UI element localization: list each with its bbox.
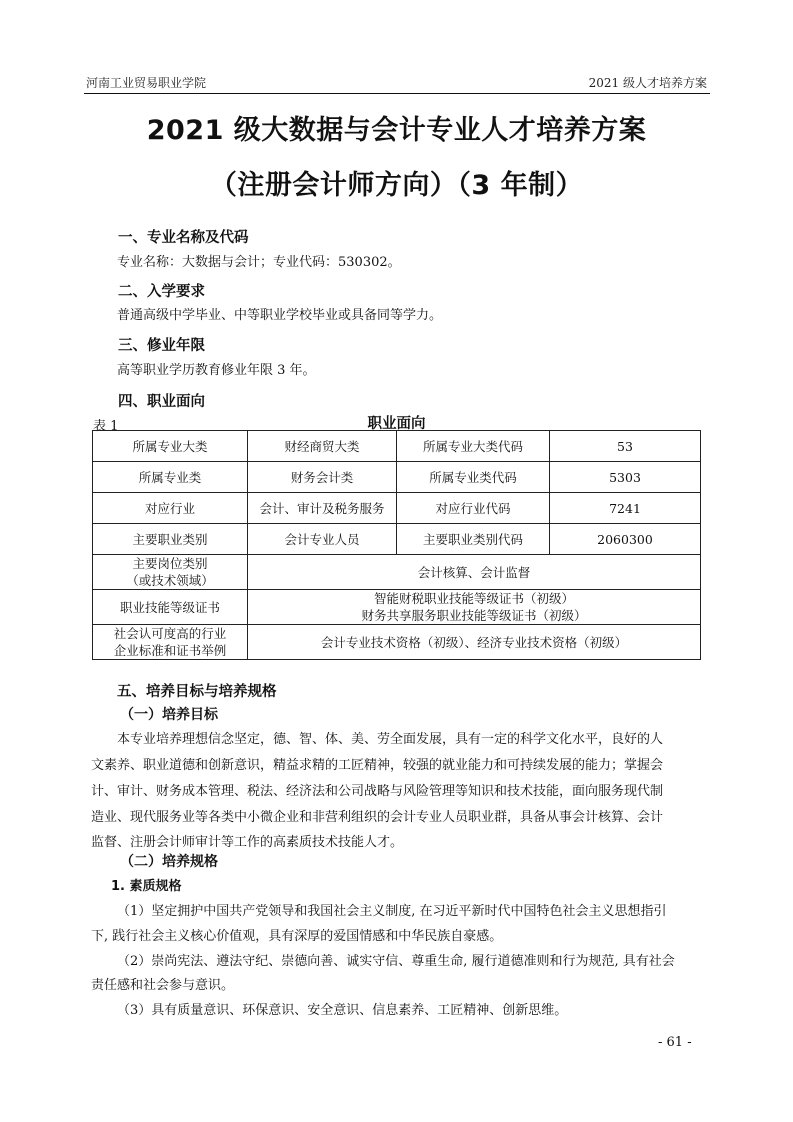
table-cell-value: 智能财税职业技能等级证书（初级） 财务共享服务职业技能等级证书（初级） — [248, 590, 701, 625]
page-number: - 61 - — [658, 1035, 692, 1050]
table-cell-value: 会计专业技术资格（初级）、经济专业技术资格（初级） — [248, 625, 701, 660]
header-document-name: 2021 级人才培养方案 — [589, 74, 707, 91]
paragraph-line: 下, 践行社会主义核心价值观，具有深厚的爱国情感和中华民族自豪感。 — [91, 925, 502, 944]
table-cell: 所属专业类代码 — [397, 462, 550, 493]
table-cell: 53 — [550, 431, 701, 462]
cell-line: 职业技能等级证书 — [95, 599, 245, 616]
subsection-heading-specs: （二）培养规格 — [120, 851, 218, 871]
table-row: 主要岗位类别 （或技术领域） 会计核算、会计监督 — [93, 555, 701, 590]
section-body-duration: 高等职业学历教育修业年限 3 年。 — [117, 359, 316, 378]
table-row: 所属专业类 财务会计类 所属专业类代码 5303 — [93, 462, 701, 493]
table-cell: 财务会计类 — [248, 462, 397, 493]
document-subtitle: （注册会计师方向）（3 年制） — [0, 163, 793, 202]
cell-line: 财务共享服务职业技能等级证书（初级） — [250, 607, 698, 624]
cell-line: 智能财税职业技能等级证书（初级） — [250, 590, 698, 607]
paragraph-line: 计、审计、财务成本管理、税法、经济法和公司战略与风险管理等知识和技术技能，面向服… — [91, 780, 663, 799]
paragraph-line: 造业、现代服务业等各类中小微企业和非营利组织的会计专业人员职业群，具备从事会计核… — [91, 806, 663, 825]
table-row: 职业技能等级证书 智能财税职业技能等级证书（初级） 财务共享服务职业技能等级证书… — [93, 590, 701, 625]
subsection-heading-goals: （一）培养目标 — [120, 704, 218, 724]
header-divider — [84, 93, 710, 94]
paragraph-line: 文素养、职业道德和创新意识，精益求精的工匠精神，较强的就业能力和可持续发展的能力… — [91, 754, 663, 773]
paragraph-line: （1）坚定拥护中国共产党领导和我国社会主义制度, 在习近平新时代中国特色社会主义… — [117, 900, 667, 919]
table-cell: 主要职业类别 — [93, 524, 248, 555]
section-heading-training-goals: 五、培养目标与培养规格 — [117, 680, 277, 701]
cell-line: 会计专业技术资格（初级）、经济专业技术资格（初级） — [250, 634, 698, 651]
table-cell: 对应行业代码 — [397, 493, 550, 524]
cell-line: 主要岗位类别 — [95, 555, 245, 572]
section-body-admission: 普通高级中学毕业、中等职业学校毕业或具备同等学力。 — [117, 304, 442, 323]
cell-line: 会计核算、会计监督 — [250, 564, 698, 581]
section-heading-major-name: 一、专业名称及代码 — [118, 226, 249, 247]
table-cell: 财经商贸大类 — [248, 431, 397, 462]
document-title: 2021 级大数据与会计专业人才培养方案 — [0, 108, 793, 147]
table-row: 所属专业大类 财经商贸大类 所属专业大类代码 53 — [93, 431, 701, 462]
section-heading-duration: 三、修业年限 — [118, 334, 205, 355]
item-heading-quality-specs: 1. 素质规格 — [111, 875, 182, 894]
table-cell-label: 职业技能等级证书 — [93, 590, 248, 625]
table-cell-value: 会计核算、会计监督 — [248, 555, 701, 590]
header-school-name: 河南工业贸易职业学院 — [86, 74, 206, 91]
table-cell: 7241 — [550, 493, 701, 524]
table-cell: 所属专业大类代码 — [397, 431, 550, 462]
table-cell: 主要职业类别代码 — [397, 524, 550, 555]
table-cell: 会计专业人员 — [248, 524, 397, 555]
paragraph-line: 监督、注册会计师审计等工作的高素质技术技能人才。 — [91, 831, 403, 850]
table-row: 对应行业 会计、审计及税务服务 对应行业代码 7241 — [93, 493, 701, 524]
table-row: 社会认可度高的行业 企业标准和证书举例 会计专业技术资格（初级）、经济专业技术资… — [93, 625, 701, 660]
table-cell: 2060300 — [550, 524, 701, 555]
cell-line: （或技术领域） — [95, 572, 245, 589]
section-body-major-name: 专业名称：大数据与会计；专业代码：530302。 — [117, 251, 401, 270]
section-heading-career: 四、职业面向 — [118, 390, 205, 411]
table-cell-label: 主要岗位类别 （或技术领域） — [93, 555, 248, 590]
table-row: 主要职业类别 会计专业人员 主要职业类别代码 2060300 — [93, 524, 701, 555]
table-cell: 所属专业大类 — [93, 431, 248, 462]
paragraph-line: （3）具有质量意识、环保意识、安全意识、信息素养、工匠精神、创新思维。 — [117, 999, 567, 1018]
table-cell: 所属专业类 — [93, 462, 248, 493]
paragraph-line: 本专业培养理想信念坚定，德、智、体、美、劳全面发展，具有一定的科学文化水平，良好… — [117, 728, 663, 747]
table-cell: 会计、审计及税务服务 — [248, 493, 397, 524]
paragraph-line: 责任感和社会参与意识。 — [91, 974, 234, 993]
table-cell-label: 社会认可度高的行业 企业标准和证书举例 — [93, 625, 248, 660]
section-heading-admission: 二、入学要求 — [118, 280, 205, 301]
cell-line: 社会认可度高的行业 — [95, 625, 245, 642]
table-cell: 对应行业 — [93, 493, 248, 524]
cell-line: 企业标准和证书举例 — [95, 642, 245, 659]
career-orientation-table: 所属专业大类 财经商贸大类 所属专业大类代码 53 所属专业类 财务会计类 所属… — [92, 430, 701, 660]
paragraph-line: （2）崇尚宪法、遵法守纪、崇德向善、诚实守信、尊重生命, 履行道德准则和行为规范… — [117, 950, 675, 969]
table-cell: 5303 — [550, 462, 701, 493]
